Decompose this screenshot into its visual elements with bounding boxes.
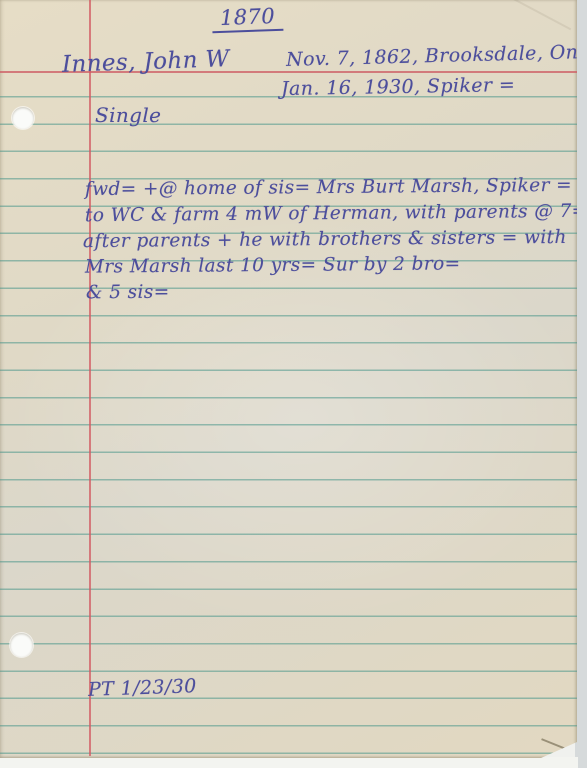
punch-hole-top	[12, 107, 34, 129]
note-line: fwd= +@ home of sis= Mrs Burt Marsh, Spi…	[85, 175, 572, 200]
person-name: Innes, John W	[62, 46, 230, 78]
scanner-background-bottom	[0, 757, 578, 768]
year-heading: 1870	[212, 4, 284, 33]
clerk-initials-date: PT 1/23/30	[88, 675, 197, 701]
note-line: Mrs Marsh last 10 yrs= Sur by 2 bro=	[85, 253, 461, 277]
birth-date-line: Nov. 7, 1862, Brooksdale, Ont	[286, 41, 587, 71]
note-line: & 5 sis=	[86, 282, 170, 304]
notebook-paper: 1870 Innes, John W Nov. 7, 1862, Brooksd…	[0, 0, 577, 758]
note-line: to WC & farm 4 mW of Herman, with parent…	[85, 201, 587, 226]
paper-crease-top-right	[509, 0, 572, 30]
marital-status: Single	[95, 103, 161, 127]
punch-hole-bottom	[10, 633, 33, 657]
death-date-line: Jan. 16, 1930, Spiker =	[281, 74, 516, 100]
scanned-page: 1870 Innes, John W Nov. 7, 1862, Brooksd…	[0, 0, 587, 768]
left-margin-line	[89, 0, 91, 756]
note-line: after parents + he with brothers & siste…	[83, 227, 567, 252]
